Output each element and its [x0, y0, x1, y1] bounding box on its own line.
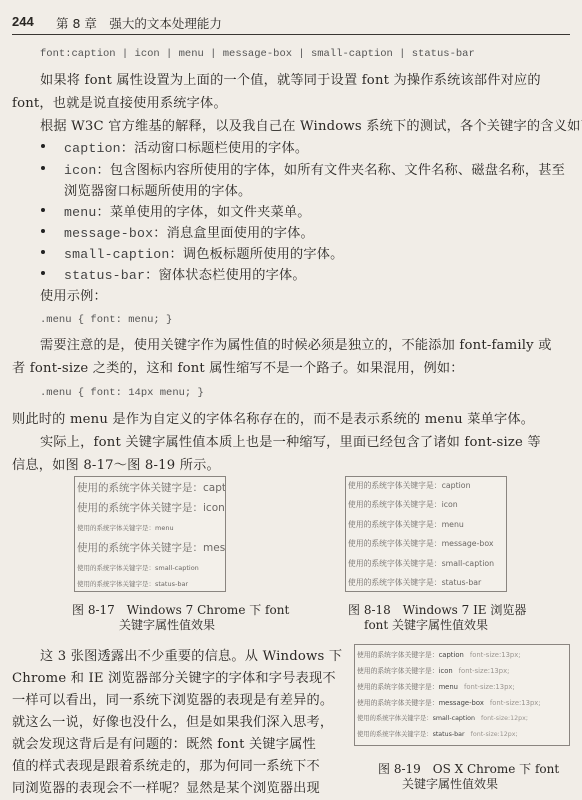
paragraph-line: 实际上，font 关键字属性值本质上也是一种缩写，里面已经包含了诸如 font-… — [40, 431, 541, 450]
paragraph-line: 信息，如图 8-17～图 8-19 所示。 — [12, 454, 220, 473]
paragraph-line: 同浏览器的表现会不一样呢？显然是某个浏览器出现 — [12, 777, 320, 796]
figure-row: 使用的系统字体关键字是：status-barfont-size:12px; — [357, 729, 518, 738]
usage-label: 使用示例： — [40, 285, 107, 304]
list-item: small-caption：调色板标题所使用的字体。 — [64, 243, 344, 262]
figure-row: 使用的系统字体关键字是：small-captionfont-size:12px; — [357, 713, 528, 722]
bullet-icon — [41, 166, 45, 170]
page-header: 244 第 8 章 强大的文本处理能力 — [12, 12, 570, 35]
bullet-icon — [41, 229, 45, 233]
bullet-icon — [41, 250, 45, 254]
figure-row: 使用的系统字体关键字是：message-boxfont-size:13px; — [357, 697, 541, 707]
bullet-icon — [41, 144, 45, 148]
code-example: .menu { font: menu; } — [40, 314, 172, 326]
figure-row: 使用的系统字体关键字是：caption — [348, 480, 471, 491]
figure-row: 使用的系统字体关键字是：captionfont-size:13px; — [357, 649, 521, 659]
figure-row: 使用的系统字体关键字是：icon — [77, 500, 225, 515]
paragraph-line: 这 3 张图透露出不少重要的信息。从 Windows 下 — [40, 645, 342, 664]
paragraph-line: 就这么一说，好像也没什么，但是如果我们深入思考， — [12, 711, 333, 730]
figure-caption: font 关键字属性值效果 — [364, 616, 488, 633]
figure-caption: 关键字属性值效果 — [402, 775, 498, 792]
figure-row: 使用的系统字体关键字是：menu — [348, 519, 464, 530]
figure-row: 使用的系统字体关键字是：small-caption — [77, 563, 199, 572]
figure-row: 使用的系统字体关键字是：message-box — [348, 538, 494, 549]
list-item: icon：包含图标内容所使用的字体，如所有文件夹名称、文件名称、磁盘名称，甚至 — [64, 159, 565, 178]
bullet-icon — [41, 271, 45, 275]
page-number: 244 — [12, 14, 34, 29]
paragraph-line: font，也就是说直接使用系统字体。 — [12, 92, 227, 111]
figure-row: 使用的系统字体关键字是：small-caption — [348, 558, 494, 569]
figure-row: 使用的系统字体关键字是：status-bar — [77, 579, 188, 588]
paragraph-line: 则此时的 menu 是作为自定义的字体名称存在的，而不是表示系统的 menu 菜… — [12, 408, 534, 427]
paragraph-line: 者 font-size 之类的，这和 font 属性缩写不是一个路子。如果混用，… — [12, 357, 464, 376]
paragraph-line: 就会发现这背后是有问题的：既然 font 关键字属性 — [12, 733, 316, 752]
code-example: .menu { font: 14px menu; } — [40, 387, 204, 399]
paragraph-line: 一样可以看出，同一系统下浏览器的表现是有差异的。 — [12, 689, 333, 708]
list-item-continuation: 浏览器窗口标题所使用的字体。 — [64, 180, 251, 199]
paragraph-line: Chrome 和 IE 浏览器部分关键字的字体和字号表现不 — [12, 667, 336, 686]
paragraph-line: 值的样式表现是跟着系统走的，那为何同一系统下不 — [12, 755, 320, 774]
list-item: caption：活动窗口标题栏使用的字体。 — [64, 137, 308, 156]
figure-8-17: 使用的系统字体关键字是：caption 使用的系统字体关键字是：icon 使用的… — [74, 476, 226, 592]
figure-row: 使用的系统字体关键字是：message-box — [77, 540, 226, 555]
paragraph-line: 如果将 font 属性设置为上面的一个值，就等同于设置 font 为操作系统该部… — [40, 69, 541, 88]
list-item: message-box：消息盒里面使用的字体。 — [64, 222, 314, 241]
bullet-icon — [41, 208, 45, 212]
syntax-line: font:caption | icon | menu | message-box… — [40, 48, 475, 60]
list-item: menu：菜单使用的字体，如文件夹菜单。 — [64, 201, 311, 220]
list-item: status-bar：窗体状态栏使用的字体。 — [64, 264, 306, 283]
figure-8-18: 使用的系统字体关键字是：caption 使用的系统字体关键字是：icon 使用的… — [345, 476, 507, 592]
figure-caption: 关键字属性值效果 — [119, 616, 215, 633]
paragraph-line: 需要注意的是，使用关键字作为属性值的时候必须是独立的，不能添加 font-fam… — [40, 334, 552, 353]
figure-row: 使用的系统字体关键字是：caption — [77, 480, 226, 495]
figure-row: 使用的系统字体关键字是：menufont-size:13px; — [357, 681, 515, 691]
paragraph-line: 根据 W3C 官方维基的解释，以及我自己在 Windows 系统下的测试，各个关… — [40, 115, 582, 134]
figure-row: 使用的系统字体关键字是：icon — [348, 499, 458, 510]
chapter-title: 第 8 章 强大的文本处理能力 — [56, 14, 222, 32]
figure-row: 使用的系统字体关键字是：menu — [77, 523, 174, 532]
figure-row: 使用的系统字体关键字是：status-bar — [348, 577, 481, 588]
figure-8-19: 使用的系统字体关键字是：captionfont-size:13px; 使用的系统… — [354, 644, 570, 746]
figure-row: 使用的系统字体关键字是：iconfont-size:13px; — [357, 665, 509, 675]
